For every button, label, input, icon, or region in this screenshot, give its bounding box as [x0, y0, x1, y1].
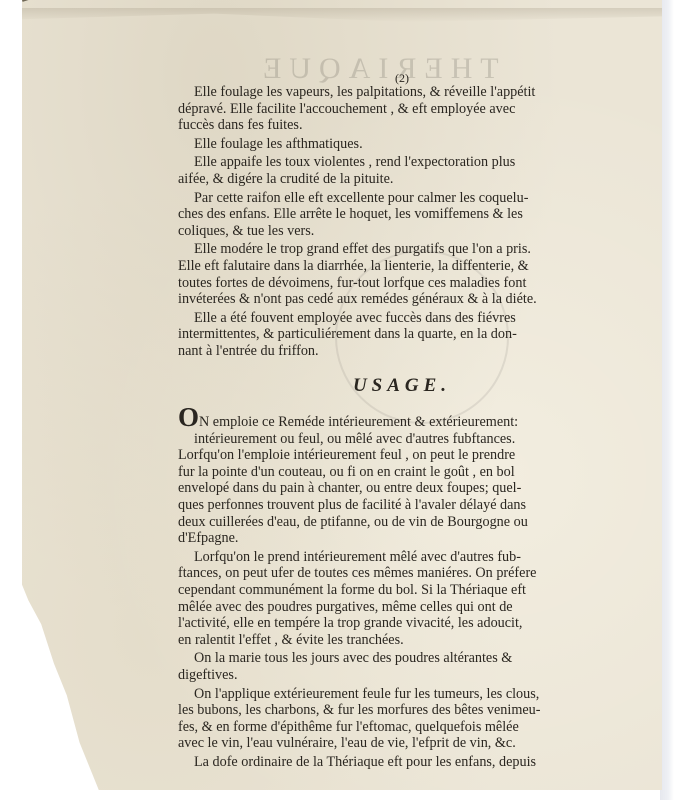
text-line: les bubons, les charbons, & fur les morf… [178, 702, 626, 719]
text-line: Elle modére le trop grand effet des purg… [178, 241, 626, 258]
scan-background-edge [660, 0, 700, 800]
text-line: avec le vin, l'eau vulnéraire, l'eau de … [178, 735, 626, 752]
drop-cap-letter: O [178, 402, 199, 432]
text-line: deux cuillerées d'eau, de ptifanne, ou d… [178, 514, 626, 531]
text-line: Lorfqu'on l'emploie intérieurement feul … [178, 447, 626, 464]
paragraph: Elle foulage les afthmatiques. [178, 136, 626, 153]
text-line: ftances, on peut ufer de toutes ces même… [178, 565, 626, 582]
text-line: digeftives. [178, 667, 626, 684]
text-line: fuccès dans fes fuites. [178, 117, 626, 134]
paragraph: Lorfqu'on le prend intérieurement mêlé a… [178, 549, 626, 649]
text-line: coliques, & tue les vers. [178, 223, 626, 240]
paragraph: Elle appaife les toux violentes , rend l… [178, 154, 626, 187]
text-line: en ralentit l'effet , & évite les tranch… [178, 632, 626, 649]
text-line: intérieurement ou feul, ou mêlé avec d'a… [178, 431, 626, 448]
text-line: mêlée avec des poudres purgatives, même … [178, 599, 626, 616]
usage-intro-lines: intérieurement ou feul, ou mêlé avec d'a… [178, 431, 626, 547]
text-line: envelopé dans du pain à chanter, ou entr… [178, 480, 626, 497]
text-line: l'activité, elle en tempére la trop gran… [178, 615, 626, 632]
text-line: toutes fortes de dévoimens, fur-tout lor… [178, 275, 626, 292]
text-line: On la marie tous les jours avec des poud… [178, 650, 626, 667]
text-line: Elle a été fouvent employée avec fuccès … [178, 310, 626, 327]
text-line: ques perfonnes trouvent plus de facilité… [178, 497, 626, 514]
text-line: Elle eft falutaire dans la diarrhée, la … [178, 258, 626, 275]
text-line: aifée, & digére la crudité de la pituite… [178, 171, 626, 188]
text-line: Elle foulage les vapeurs, les palpitatio… [178, 84, 626, 101]
text-line: Elle appaife les toux violentes , rend l… [178, 154, 626, 171]
page-number: (2) [178, 72, 626, 84]
text-line: Par cette raifon elle eft excellente pou… [178, 190, 626, 207]
text-line: fur la pointe d'un couteau, ou fi on en … [178, 464, 626, 481]
text-line: Lorfqu'on le prend intérieurement mêlé a… [178, 549, 626, 566]
text-line: invéterées & n'ont pas cedé aux remédes … [178, 291, 626, 308]
usage-paragraphs: Lorfqu'on le prend intérieurement mêlé a… [178, 549, 626, 771]
text-line: La dofe ordinaire de la Thériaque eft po… [178, 754, 626, 771]
paragraph: On la marie tous les jours avec des poud… [178, 650, 626, 683]
usage-first-line: N emploie ce Reméde intérieurement & ext… [199, 414, 518, 430]
efficacy-paragraphs: Elle foulage les vapeurs, les palpitatio… [178, 84, 626, 360]
text-line: cependant communément la forme du bol. S… [178, 582, 626, 599]
section-heading-usage: USAGE. [178, 378, 626, 395]
paragraph: La dofe ordinaire de la Thériaque eft po… [178, 754, 626, 771]
paragraph: Par cette raifon elle eft excellente pou… [178, 190, 626, 240]
paragraph: Elle modére le trop grand effet des purg… [178, 241, 626, 307]
text-line: fes, & en forme d'épithême fur l'eftomac… [178, 719, 626, 736]
paragraph: Elle foulage les vapeurs, les palpitatio… [178, 84, 626, 134]
paragraph: Elle a été fouvent employée avec fuccès … [178, 310, 626, 360]
text-line: On l'applique extérieurement feule fur l… [178, 686, 626, 703]
usage-intro-paragraph: ON emploie ce Reméde intérieurement & ex… [178, 408, 626, 547]
text-line: Elle foulage les afthmatiques. [178, 136, 626, 153]
paragraph: On l'applique extérieurement feule fur l… [178, 686, 626, 752]
dropcap-line: ON emploie ce Reméde intérieurement & ex… [178, 408, 626, 431]
document-body: (2) Elle foulage les vapeurs, les palpit… [178, 72, 626, 773]
text-line: dépravé. Elle facilite l'accouchement , … [178, 101, 626, 118]
text-line: ches des enfans. Elle arrête le hoquet, … [178, 206, 626, 223]
text-line: d'Efpagne. [178, 530, 626, 547]
text-line: nant à l'entrée du friffon. [178, 343, 626, 360]
text-line: intermittentes, & particuliérement dans … [178, 326, 626, 343]
